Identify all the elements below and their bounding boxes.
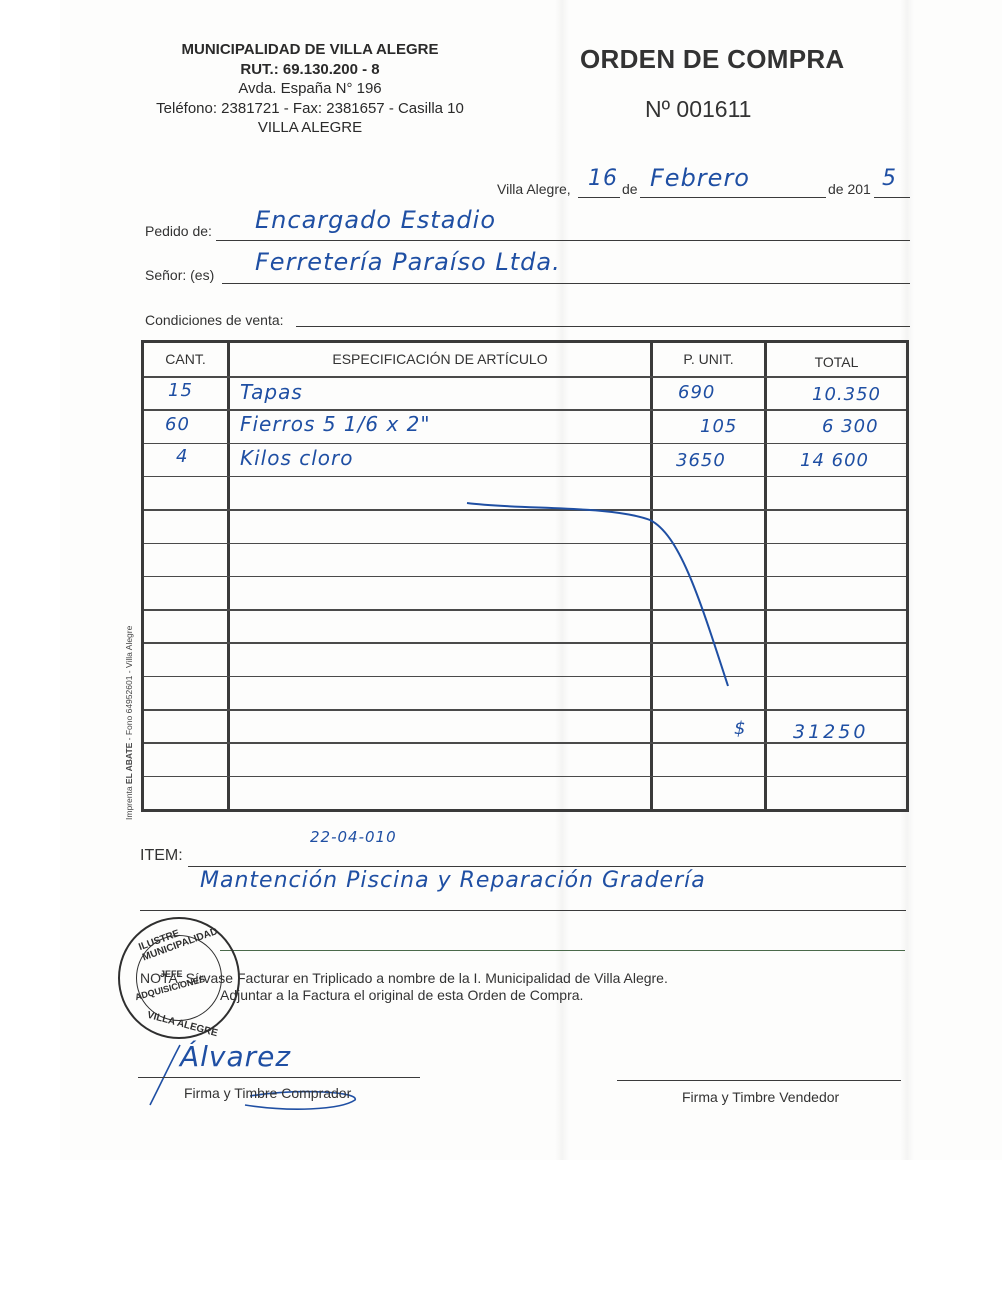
item-label: ITEM: bbox=[140, 847, 183, 865]
note-line-2: Adjuntar a la Factura el original de est… bbox=[140, 987, 668, 1004]
closing-strike-line bbox=[0, 0, 1002, 1292]
item-description: Mantención Piscina y Reparación Gradería bbox=[200, 868, 706, 893]
buyer-signature: Álvarez bbox=[180, 1040, 291, 1073]
printer-credit: Imprenta EL ABATE - Fono 64952601 - Vill… bbox=[124, 626, 134, 820]
item-code: 22-04-010 bbox=[310, 828, 397, 846]
seller-signature-label: Firma y Timbre Vendedor bbox=[682, 1089, 839, 1105]
note-line-1: NOTA: Sírvase Facturar en Triplicado a n… bbox=[140, 970, 668, 987]
buyer-signature-label: Firma y Timbre Comprador bbox=[184, 1085, 351, 1101]
billing-note: NOTA: Sírvase Facturar en Triplicado a n… bbox=[140, 970, 668, 1004]
